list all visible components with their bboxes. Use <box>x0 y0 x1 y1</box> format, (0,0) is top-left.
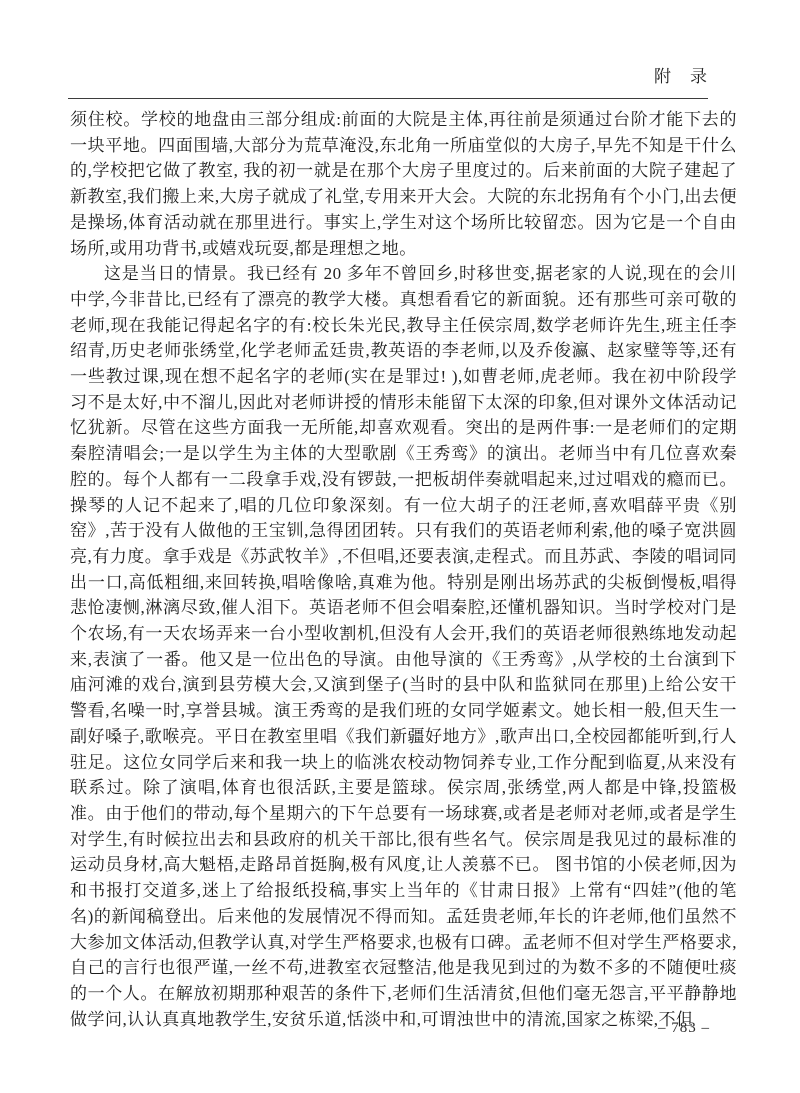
page-number: – 783 – <box>658 1020 710 1036</box>
page-body: 须住校。学校的地盘由三部分组成:前面的大院是主体,再往前是须通过台阶才能下去的一… <box>70 107 737 1032</box>
page-footer: – 783 – <box>68 1020 710 1037</box>
paragraph: 这是当日的情景。我已经有 20 多年不曾回乡,时移世变,据老家的人说,现在的会川… <box>70 261 737 1032</box>
page-header: 附 录 <box>68 62 708 99</box>
running-head-title: 附 录 <box>654 62 708 93</box>
paragraph-continued: 须住校。学校的地盘由三部分组成:前面的大院是主体,再往前是须通过台阶才能下去的一… <box>70 107 737 261</box>
book-page: 附 录 须住校。学校的地盘由三部分组成:前面的大院是主体,再往前是须通过台阶才能… <box>0 0 800 1093</box>
